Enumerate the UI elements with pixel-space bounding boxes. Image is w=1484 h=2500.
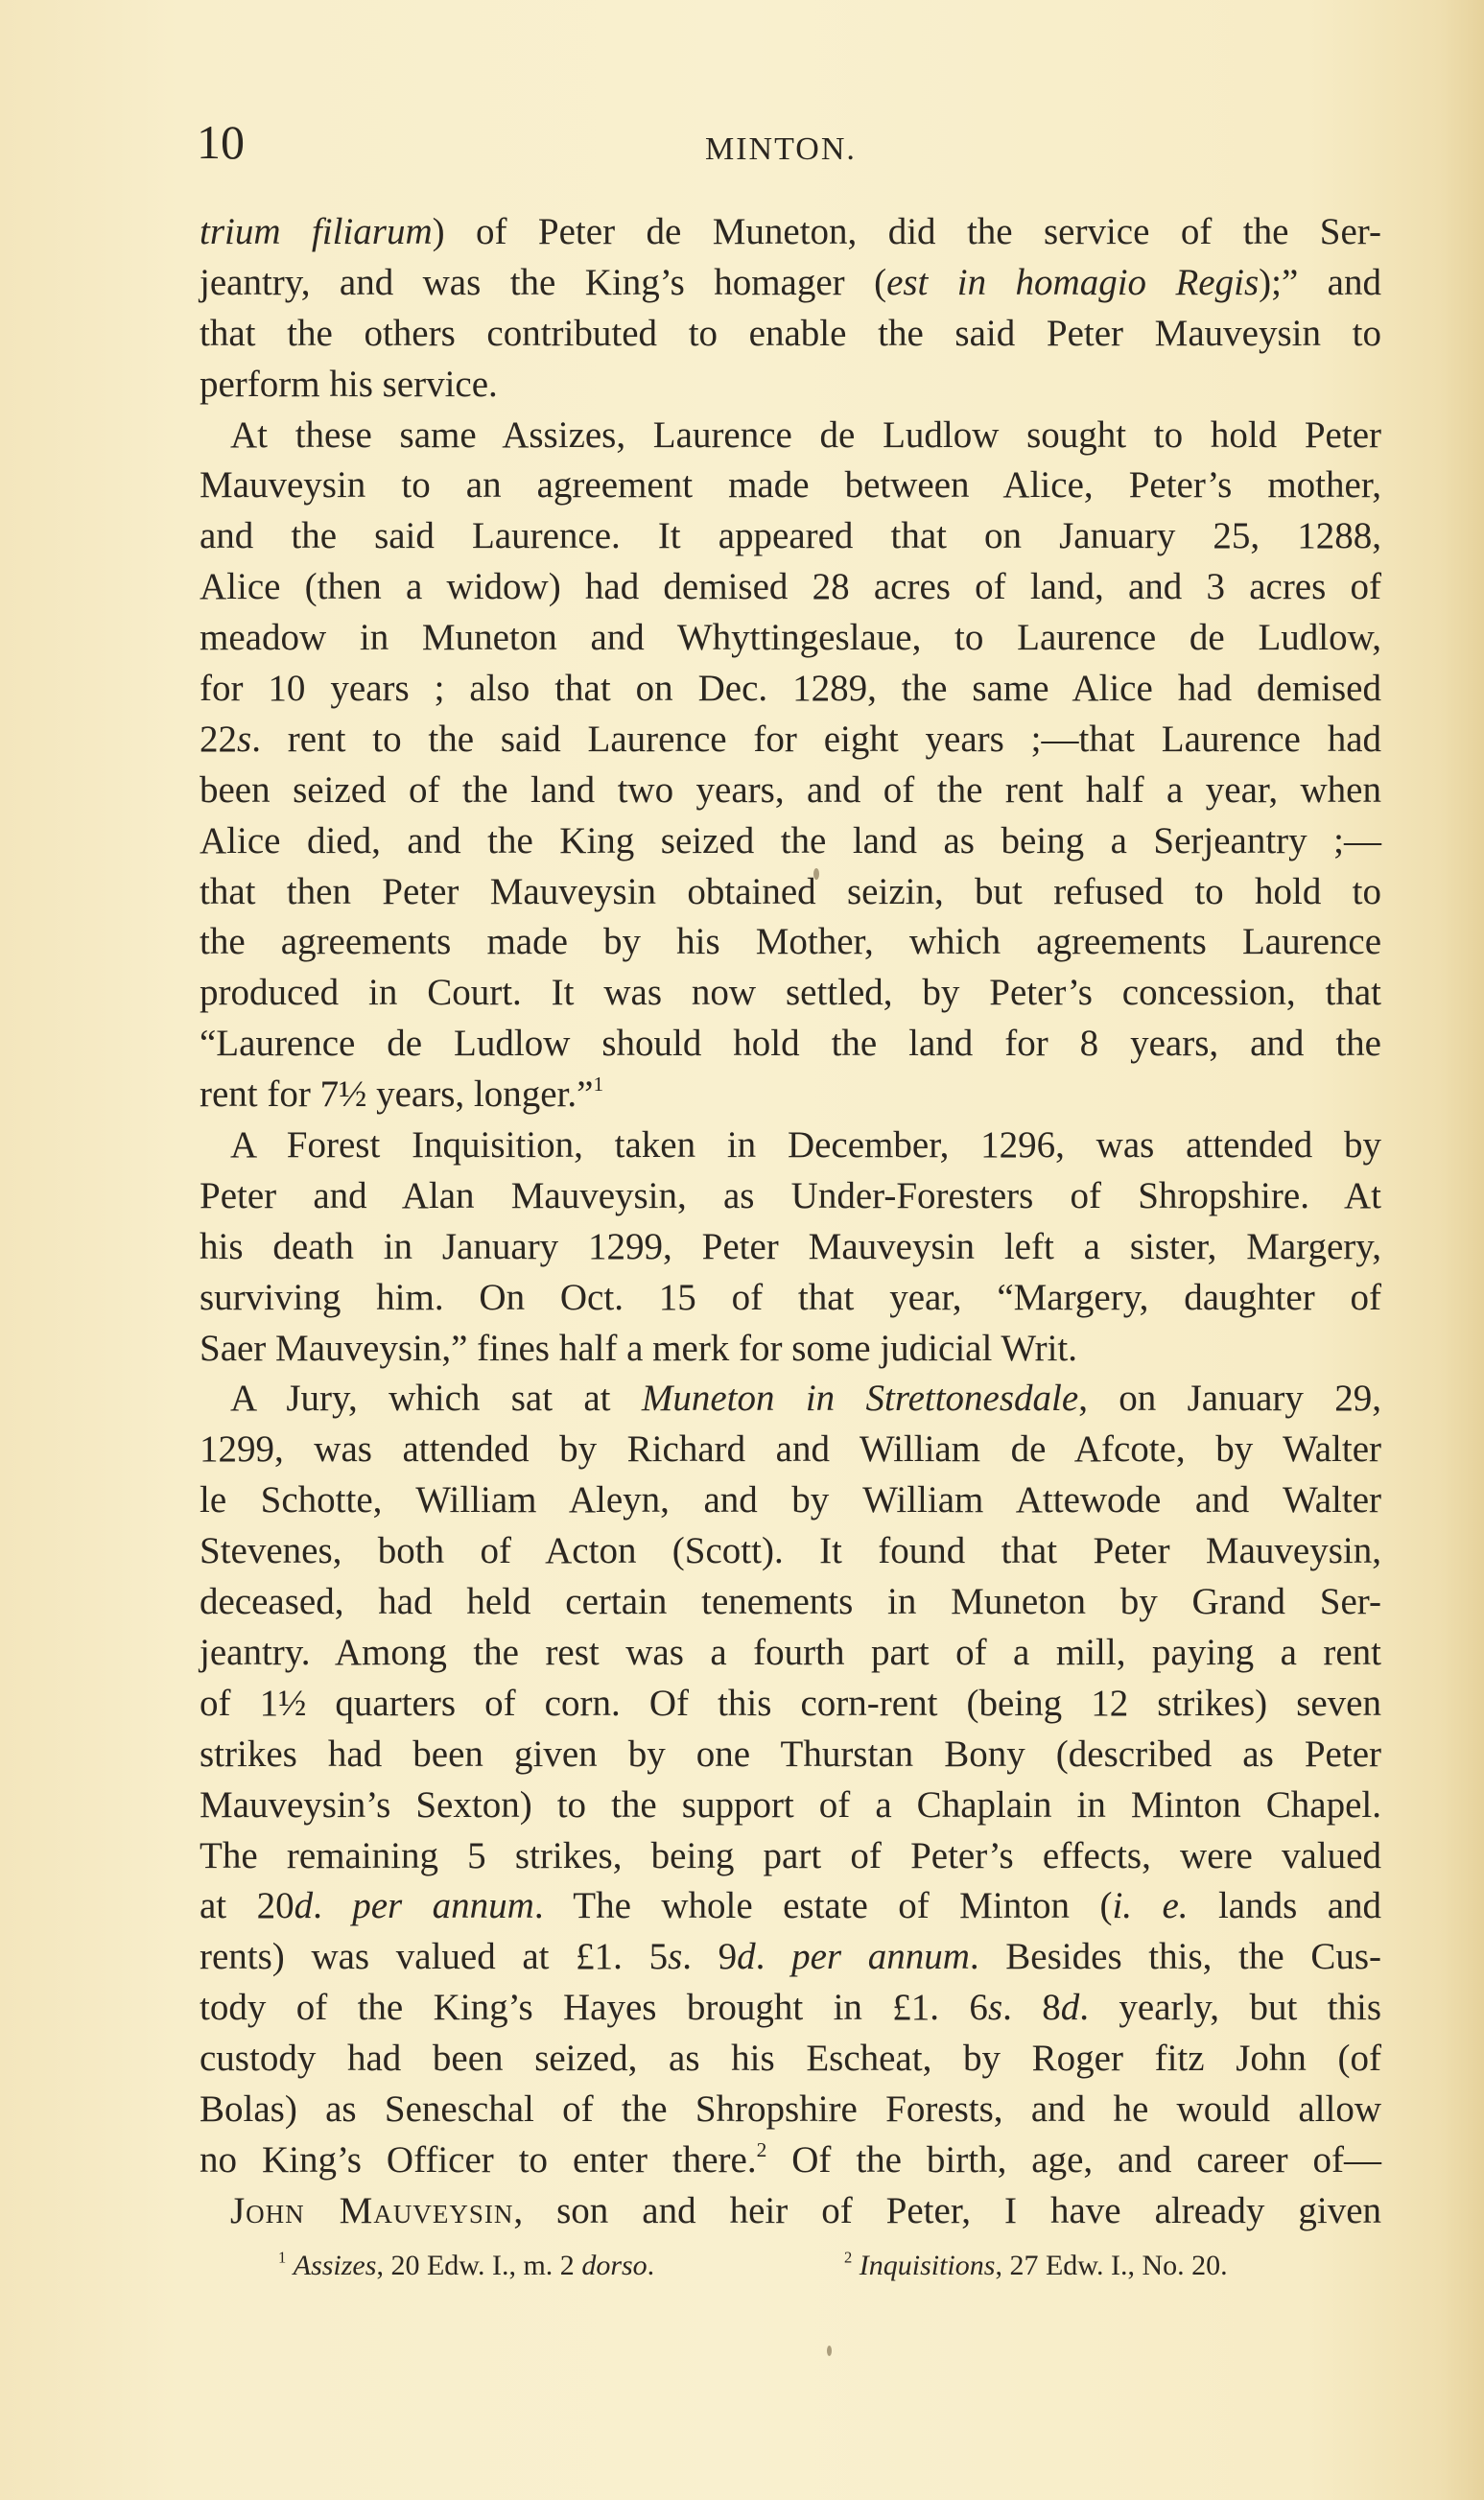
text-line: rents) was valued at £1. 5s. 9d. per ann… [200, 1932, 1381, 1983]
text-run: Saer Mauveysin,” fines half a merk for s… [200, 1328, 1077, 1369]
text-run: his death in January 1299, Peter Mauveys… [200, 1226, 1381, 1267]
italic-text: trium filiarum [200, 211, 433, 252]
text-run: Alice (then a widow) had demised 28 acre… [200, 566, 1381, 607]
text-line: Alice (then a widow) had demised 28 acre… [200, 562, 1381, 613]
text-run: . rent to the said Laurence for eight ye… [251, 719, 1381, 760]
text-run: , 27 Edw. I., No. 20. [995, 2250, 1227, 2281]
text-line: The remaining 5 strikes, being part of P… [200, 1831, 1381, 1882]
text-run: At these same Assizes, Laurence de Ludlo… [230, 414, 1381, 456]
text-run: tody of the King’s Hayes brought in £1. … [200, 1987, 988, 2028]
text-run: , 20 Edw. I., m. 2 [376, 2250, 581, 2281]
book-page: 10 MINTON. trium filiarum) of Peter de M… [0, 0, 1484, 2500]
text-run: deceased, had held certain tenements in … [200, 1581, 1381, 1622]
footnote-marker: 1 [278, 2249, 286, 2267]
text-run: for 10 years ; also that on Dec. 1289, t… [200, 668, 1381, 709]
text-line: custody had been seized, as his Escheat,… [200, 2034, 1381, 2085]
text-run: Mauveysin’s Sexton) to the support of a … [200, 1784, 1381, 1826]
text-run: strikes had been given by one Thurstan B… [200, 1733, 1381, 1775]
text-run: A Jury, which sat at [230, 1378, 642, 1419]
text-run: . 8 [1002, 1987, 1061, 2028]
text-run: produced in Court. It was now settled, b… [200, 972, 1381, 1013]
text-line: Bolas) as Seneschal of the Shropshire Fo… [200, 2085, 1381, 2135]
italic-text: i. e. [1112, 1885, 1188, 1926]
text-line: A Forest Inquisition, taken in December,… [200, 1120, 1381, 1171]
text-run: jeantry, and was the King’s homager ( [200, 262, 886, 303]
text-run: . [756, 1936, 791, 1977]
text-run: Alice died, and the King seized the land… [200, 820, 1381, 861]
text-line: 22s. rent to the said Laurence for eight… [200, 715, 1381, 766]
running-title: MINTON. [705, 121, 857, 178]
italic-text: Inquisitions [860, 2250, 996, 2281]
text-line: at 20d. per annum. The whole estate of M… [200, 1881, 1381, 1932]
text-run: . Besides this, the Cus- [970, 1936, 1381, 1977]
text-line: “Laurence de Ludlow should hold the land… [200, 1019, 1381, 1070]
text-line: jeantry, and was the King’s homager (est… [200, 258, 1381, 309]
text-line: John Mauveysin, son and heir of Peter, I… [200, 2186, 1381, 2237]
text-run: of 1½ quarters of corn. Of this corn-ren… [200, 1683, 1381, 1724]
text-run: . [648, 2250, 655, 2281]
text-run: Mauveysin to an agreement made between A… [200, 464, 1381, 506]
text-line: At these same Assizes, Laurence de Ludlo… [200, 411, 1381, 461]
text-run: A Forest Inquisition, taken in December,… [230, 1124, 1381, 1166]
text-run: Bolas) as Seneschal of the Shropshire Fo… [200, 2088, 1381, 2130]
italic-text: Assizes [294, 2250, 377, 2281]
italic-text: s [237, 719, 251, 760]
text-run: ) of Peter de Muneton, did the service o… [433, 211, 1381, 252]
text-line: 1299, was attended by Richard and Willia… [200, 1425, 1381, 1475]
text-run: meadow in Muneton and Whyttingeslaue, to… [200, 617, 1381, 658]
text-run: that the others contributed to enable th… [200, 313, 1381, 354]
text-run: rents) was valued at £1. 5 [200, 1936, 668, 1977]
text-line: for 10 years ; also that on Dec. 1289, t… [200, 664, 1381, 715]
text-run: . yearly, but this [1079, 1987, 1381, 2028]
text-line: le Schotte, William Aleyn, and by Willia… [200, 1475, 1381, 1526]
text-run: le Schotte, William Aleyn, and by Willia… [200, 1479, 1381, 1521]
footnote-2: 2 Inquisitions, 27 Edw. I., No. 20. [844, 2243, 1228, 2289]
italic-text: per annum [791, 1936, 970, 1977]
text-line: strikes had been given by one Thurstan B… [200, 1730, 1381, 1781]
text-run: Stevenes, both of Acton (Scott). It foun… [200, 1530, 1381, 1571]
text-run: lands and [1189, 1885, 1381, 1926]
text-line: and the said Laurence. It appeared that … [200, 511, 1381, 562]
text-run: the agreements made by his Mother, which… [200, 921, 1381, 962]
text-line: deceased, had held certain tenements in … [200, 1577, 1381, 1628]
italic-text: dorso [581, 2250, 647, 2281]
text-run: custody had been seized, as his Escheat,… [200, 2038, 1381, 2079]
text-line: Saer Mauveysin,” fines half a merk for s… [200, 1324, 1381, 1375]
text-line: Mauveysin to an agreement made between A… [200, 460, 1381, 511]
footnotes: 1 Assizes, 20 Edw. I., m. 2 dorso.2 Inqu… [278, 2243, 1353, 2289]
small-caps-name: John Mauveysin [230, 2190, 513, 2231]
footnote-1: 1 Assizes, 20 Edw. I., m. 2 dorso. [278, 2243, 654, 2289]
text-line: tody of the King’s Hayes brought in £1. … [200, 1983, 1381, 2034]
text-run: surviving him. On Oct. 15 of that year, … [200, 1277, 1381, 1318]
text-line: produced in Court. It was now settled, b… [200, 968, 1381, 1019]
text-line: Alice died, and the King seized the land… [200, 816, 1381, 867]
text-run: “Laurence de Ludlow should hold the land… [200, 1023, 1381, 1064]
text-line: rent for 7½ years, longer.”1 [200, 1070, 1381, 1120]
page-number: 10 [197, 113, 245, 171]
text-line: of 1½ quarters of corn. Of this corn-ren… [200, 1679, 1381, 1730]
footnote-marker: 2 [844, 2249, 852, 2267]
text-run: , on January 29, [1078, 1378, 1381, 1419]
text-line: A Jury, which sat at Muneton in Stretton… [200, 1374, 1381, 1425]
text-run: Peter and Alan Mauveysin, as Under-Fores… [200, 1175, 1381, 1216]
italic-text: s [668, 1936, 682, 1977]
italic-text: s [988, 1987, 1002, 2028]
text-run: rent for 7½ years, longer.” [200, 1073, 593, 1115]
text-run: no King’s Officer to enter there. [200, 2139, 757, 2181]
text-line: that the others contributed to enable th… [200, 309, 1381, 360]
text-run: jeantry. Among the rest was a fourth par… [200, 1632, 1381, 1673]
text-run: , son and heir of Peter, I have already … [513, 2190, 1381, 2231]
text-run: . The whole estate of Minton ( [534, 1885, 1113, 1926]
text-run: . [313, 1885, 352, 1926]
italic-text: d [1061, 1987, 1080, 2028]
text-run: 22 [200, 719, 237, 760]
text-line: that then Peter Mauveysin obtained seizi… [200, 867, 1381, 918]
text-run: );” and [1259, 262, 1381, 303]
text-run: . 9 [682, 1936, 737, 1977]
text-run: and the said Laurence. It appeared that … [200, 515, 1381, 556]
text-line: meadow in Muneton and Whyttingeslaue, to… [200, 613, 1381, 664]
paper-blemish [827, 2346, 832, 2356]
text-run: at 20 [200, 1885, 294, 1926]
text-run: been seized of the land two years, and o… [200, 769, 1381, 811]
text-line: surviving him. On Oct. 15 of that year, … [200, 1273, 1381, 1324]
italic-text: Muneton in Strettonesdale [642, 1378, 1078, 1419]
text-line: trium filiarum) of Peter de Muneton, did… [200, 207, 1381, 258]
italic-text: per annum [352, 1885, 534, 1926]
text-line: jeantry. Among the rest was a fourth par… [200, 1628, 1381, 1679]
text-line: been seized of the land two years, and o… [200, 766, 1381, 816]
paper-blemish [813, 868, 819, 880]
text-line: Peter and Alan Mauveysin, as Under-Fores… [200, 1171, 1381, 1222]
text-run: 1299, was attended by Richard and Willia… [200, 1428, 1381, 1470]
text-run: that then Peter Mauveysin obtained seizi… [200, 871, 1381, 912]
text-line: the agreements made by his Mother, which… [200, 917, 1381, 968]
footnote-reference: 1 [593, 1073, 603, 1096]
italic-text: est in homagio Regis [886, 262, 1259, 303]
text-run: perform his service. [200, 364, 498, 405]
text-run: Of the birth, age, and career of— [766, 2139, 1381, 2181]
text-run: The remaining 5 strikes, being part of P… [200, 1835, 1381, 1876]
running-head: 10 MINTON. [197, 113, 1381, 171]
text-line: no King’s Officer to enter there.2 Of th… [200, 2135, 1381, 2186]
text-line: his death in January 1299, Peter Mauveys… [200, 1222, 1381, 1273]
body-text: trium filiarum) of Peter de Muneton, did… [200, 207, 1381, 2237]
italic-text: d [294, 1885, 314, 1926]
text-line: Stevenes, both of Acton (Scott). It foun… [200, 1526, 1381, 1577]
text-line: Mauveysin’s Sexton) to the support of a … [200, 1781, 1381, 1831]
footnote-reference: 2 [757, 2138, 767, 2161]
text-line: perform his service. [200, 360, 1381, 411]
italic-text: d [737, 1936, 756, 1977]
